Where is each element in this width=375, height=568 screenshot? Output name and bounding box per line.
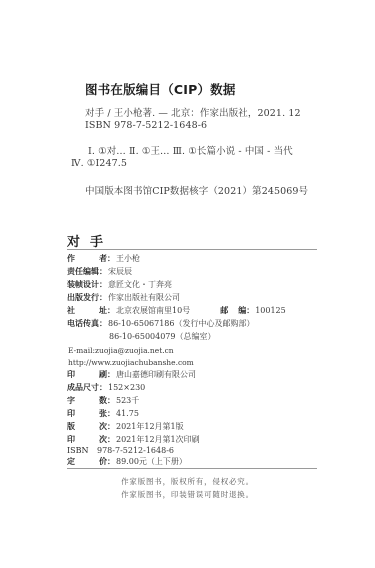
cip-isbn-line: ISBN 978-7-5212-1648-6 (85, 120, 207, 131)
cip-classification-line: Ⅰ. ①对… Ⅱ. ①王… Ⅲ. ①长篇小说 - 中国 - 当代 (88, 143, 293, 157)
cip-record-number: 中国版本图书馆CIP数据核字（2021）第245069号 (85, 183, 308, 197)
label-author: 作者 (67, 254, 107, 264)
row-design: 装帧设计 ： 意匠文化・丁奔亮 (67, 280, 172, 290)
label-postcode: 邮编 (220, 306, 246, 316)
label-address: 社址 (67, 306, 107, 316)
label-printing: 印次 (67, 435, 107, 445)
row-email: E-mail:zuojia@zuojia.net.cn (67, 346, 174, 356)
cip-heading: 图书在版编目（CIP）数据 (85, 80, 236, 98)
value-sheets: 41.75 (116, 409, 139, 419)
row-printing: 印次 ： 2021年12月第1次印刷 (67, 435, 200, 445)
value-editor: 宋辰辰 (108, 267, 132, 277)
row-size: 成品尺寸 ： 152×230 (67, 383, 145, 393)
value-isbn: 978-7-5212-1648-6 (97, 446, 174, 456)
copyright-page: 图书在版编目（CIP）数据 对手 / 王小枪著. — 北京：作家出版社，2021… (0, 0, 375, 568)
website-url: http://www.zuojiachubanshe.com (68, 358, 194, 368)
value-design: 意匠文化・丁奔亮 (108, 280, 172, 290)
row-phone-2: 86-10-65004079（总编室） (108, 332, 215, 342)
value-wordcount: 523千 (116, 396, 139, 406)
cip-bibliographic-line: 对手 / 王小枪著. — 北京：作家出版社，2021. 12 (85, 105, 301, 119)
value-publisher: 作家出版社有限公司 (108, 293, 180, 303)
divider-bottom (67, 468, 317, 469)
label-printer: 印刷 (67, 370, 107, 380)
label-phone: 电话传真 (67, 319, 99, 329)
label-design: 装帧设计 (67, 280, 99, 290)
row-price: 定价 ： 89.00元（上下册） (67, 457, 187, 467)
cip-classification-number: Ⅳ. ①I247.5 (71, 158, 127, 169)
label-size: 成品尺寸 (67, 383, 99, 393)
label-publisher: 出版发行 (67, 293, 99, 303)
copyright-notice: 作家版图书，版权所有，侵权必究。 (0, 476, 375, 487)
row-publisher: 出版发行 ： 作家出版社有限公司 (67, 293, 180, 303)
label-edition: 版次 (67, 422, 107, 432)
row-isbn: ISBN 978-7-5212-1648-6 (67, 446, 174, 456)
row-sheets: 印张 ： 41.75 (67, 409, 139, 419)
row-phone: 电话传真 ： 86-10-65067186（发行中心及邮购部） (67, 319, 254, 329)
value-printer: 唐山嘉德印刷有限公司 (116, 370, 196, 380)
row-website: http://www.zuojiachubanshe.com (67, 358, 194, 368)
label-wordcount: 字数 (67, 396, 107, 406)
label-sheets: 印张 (67, 409, 107, 419)
value-phone-2: 86-10-65004079（总编室） (109, 332, 215, 342)
value-edition: 2021年12月第1版 (116, 422, 184, 432)
row-address: 社址 ： 北京农展馆南里10号 邮编 ： 100125 (67, 306, 286, 316)
value-address: 北京农展馆南里10号 (116, 306, 190, 316)
book-title: 对手 (67, 231, 113, 250)
row-wordcount: 字数 ： 523千 (67, 396, 139, 406)
value-author: 王小枪 (116, 254, 140, 264)
value-size: 152×230 (108, 383, 145, 393)
label-price: 定价 (67, 457, 107, 467)
row-editor: 责任编辑 ： 宋辰辰 (67, 267, 132, 277)
email-address: E-mail:zuojia@zuojia.net.cn (68, 346, 174, 356)
value-printing: 2021年12月第1次印刷 (116, 435, 200, 445)
label-isbn: ISBN (67, 446, 93, 456)
row-edition: 版次 ： 2021年12月第1版 (67, 422, 184, 432)
value-phone-1: 86-10-65067186（发行中心及邮购部） (108, 319, 254, 329)
replacement-notice: 作家版图书，印装错误可随时退换。 (0, 489, 375, 500)
label-editor: 责任编辑 (67, 267, 99, 277)
value-postcode: 100125 (255, 306, 286, 316)
row-author: 作者 ： 王小枪 (67, 254, 140, 264)
divider-top (67, 249, 317, 250)
value-price: 89.00元（上下册） (116, 457, 187, 467)
row-printer: 印刷 ： 唐山嘉德印刷有限公司 (67, 370, 196, 380)
